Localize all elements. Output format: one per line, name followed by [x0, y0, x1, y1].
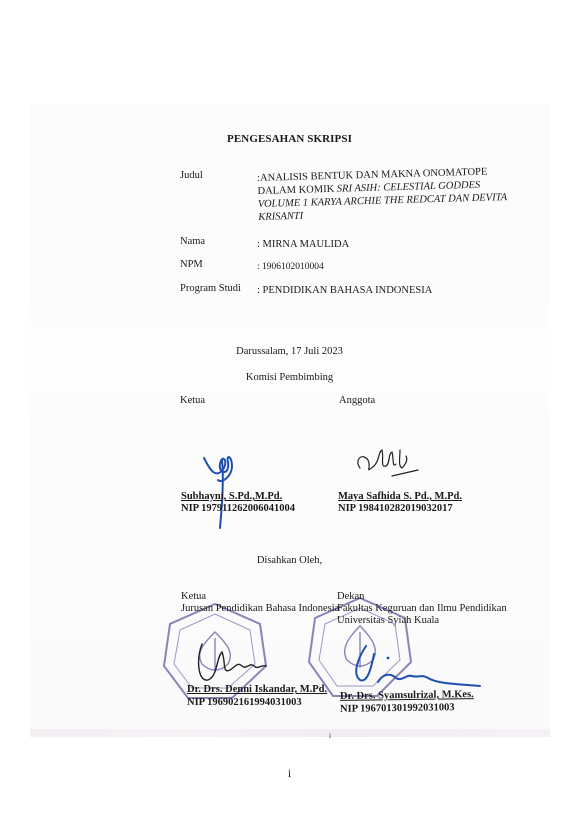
supervisor-role-ketua: Ketua: [180, 395, 205, 406]
scan-mark: i: [329, 732, 331, 740]
place-date: Darussalam, 17 Juli 2023: [0, 346, 579, 357]
supervisor-name-ketua: Subhayni, S.Pd.,M.Pd.: [181, 491, 282, 502]
judul-line-2a: DALAM KOMIK: [257, 184, 337, 197]
page-title: PENGESAHAN SKRIPSI: [0, 133, 579, 145]
approver-name-ketua: Dr. Drs. Denni Iskandar, M.Pd.: [187, 684, 327, 695]
field-label-program-studi: Program Studi: [180, 283, 241, 294]
field-label-npm: NPM: [180, 259, 203, 270]
signature-subhayni: [198, 450, 238, 530]
approver-role-ketua: Ketua: [181, 591, 206, 602]
approver-name-dekan: Dr. Drs. Syamsulrizal, M.Kes.: [340, 689, 474, 702]
approver-unit-universitas: Universitas Syiah Kuala: [337, 615, 439, 626]
field-label-judul: Judul: [180, 170, 203, 181]
supervisor-nip-anggota: NIP 198410282019032017: [338, 503, 453, 514]
field-value-program-studi: : PENDIDIKAN BAHASA INDONESIA: [257, 285, 432, 296]
field-value-nama: : MIRNA MAULIDA: [257, 239, 349, 250]
approver-role-dekan: Dekan: [337, 591, 364, 602]
signature-denni: [192, 640, 272, 690]
approver-unit-fakultas: Fakultas Keguruan dan Ilmu Pendidikan: [337, 603, 507, 614]
field-value-judul: :ANALISIS BENTUK DAN MAKNA ONOMATOPE DAL…: [257, 165, 508, 224]
supervisor-role-anggota: Anggota: [339, 395, 375, 406]
signature-syamsulrizal: [348, 644, 483, 694]
supervisor-name-anggota: Maya Safhida S. Pd., M.Pd.: [338, 491, 462, 502]
field-label-nama: Nama: [180, 236, 205, 247]
approver-unit-jurusan: Jurusan Pendidikan Bahasa Indonesia: [181, 603, 339, 614]
supervisor-nip-ketua: NIP 197911262006041004: [181, 503, 295, 514]
approver-nip-ketua: NIP 196902161994031003: [187, 697, 302, 708]
committee-heading: Komisi Pembimbing: [0, 372, 579, 383]
approver-nip-dekan: NIP 196701301992031003: [340, 702, 455, 715]
signature-maya: [352, 446, 422, 482]
approved-by-heading: Disahkan Oleh,: [0, 555, 579, 566]
field-value-npm: : 1906102010004: [257, 262, 324, 272]
page-number: i: [0, 766, 579, 781]
